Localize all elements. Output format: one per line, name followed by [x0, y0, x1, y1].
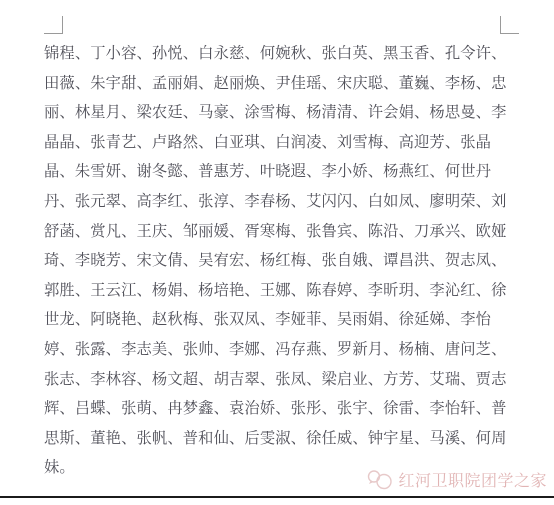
text-line: 晶、朱雪妍、谢冬懿、普惠芳、叶晓遐、李小娇、杨燕红、何世丹 [44, 157, 512, 187]
text-line: 思斯、董艳、张帆、普和仙、后雯淑、徐任威、钟宇星、马溪、何周 [44, 424, 512, 454]
name-list-paragraph: 锦程、丁小容、孙悦、白永慈、何婉秋、张白英、黑玉香、孔令许、 田薇、朱宇甜、孟丽… [44, 39, 512, 483]
text-line: 琦、李晓芳、宋文倩、吴宥宏、杨红梅、张自娥、谭昌洪、贺志凤、 [44, 246, 512, 276]
text-line: 张志、李林容、杨文超、胡吉翠、张凤、梁启业、方芳、艾瑞、贾志 [44, 365, 512, 395]
text-line: 田薇、朱宇甜、孟丽娟、赵丽焕、尹佳瑶、宋庆聪、董巍、李杨、忠 [44, 69, 512, 99]
text-line: 锦程、丁小容、孙悦、白永慈、何婉秋、张白英、黑玉香、孔令许、 [44, 39, 512, 69]
watermark-text: 红河卫职院团学之家 [398, 468, 547, 491]
text-line: 舒菡、赏凡、王庆、邹丽媛、胥寒梅、张鲁宾、陈沿、刀承兴、欧娅 [44, 217, 512, 247]
margin-crop-mark-left [44, 16, 63, 34]
margin-crop-mark-right [500, 16, 519, 34]
document-page: 锦程、丁小容、孙悦、白永慈、何婉秋、张白英、黑玉香、孔令许、 田薇、朱宇甜、孟丽… [0, 0, 554, 505]
bottom-divider [0, 496, 554, 498]
watermark: 红河卫职院团学之家 [366, 468, 547, 491]
text-line: 丹、张元翠、高李红、张淳、李春杨、艾闪闪、白如凤、廖明荣、刘 [44, 187, 512, 217]
text-line: 郭胜、王云江、杨娟、杨培艳、王娜、陈春婷、李昕玥、李沁红、徐 [44, 276, 512, 306]
text-line: 世龙、阿晓艳、赵秋梅、张双凤、李娅菲、吴雨娟、徐延娣、李怡 [44, 305, 512, 335]
text-line: 丽、林星月、梁农廷、马豪、涂雪梅、杨清清、许会娟、杨思曼、李 [44, 98, 512, 128]
text-line: 辉、吕蝶、张萌、冉梦鑫、袁治娇、张彤、张宇、徐雷、李怡轩、普 [44, 394, 512, 424]
text-line: 婷、张露、李志美、张帅、李娜、冯存燕、罗新月、杨楠、唐问芝、 [44, 335, 512, 365]
text-line: 晶晶、张青艺、卢路然、白亚琪、白润凌、刘雪梅、高迎芳、张晶 [44, 128, 512, 158]
chat-bubbles-icon [366, 469, 393, 490]
